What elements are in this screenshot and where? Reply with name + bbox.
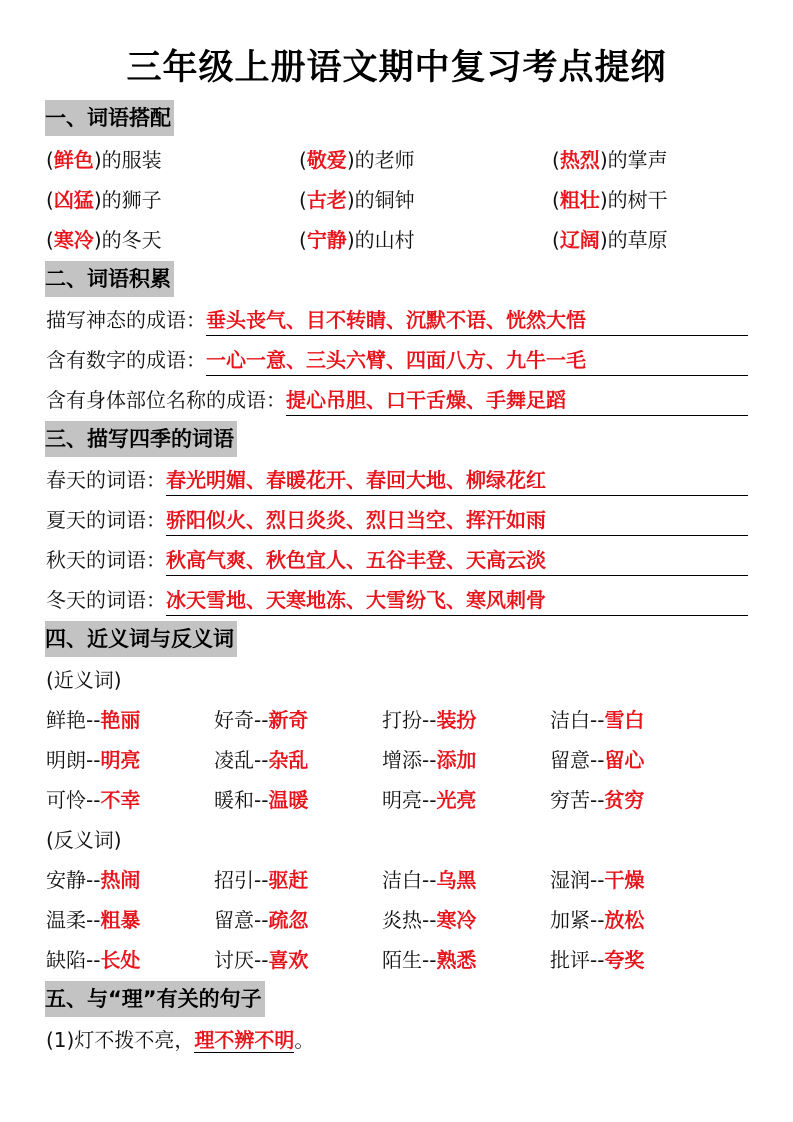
collocation-suffix: 的铜钟 bbox=[355, 188, 415, 212]
dash-separator: -- bbox=[590, 748, 604, 772]
dash-separator: -- bbox=[422, 788, 436, 812]
answer-word: 留心 bbox=[604, 748, 644, 772]
word-pair: 批评--夸奖 bbox=[550, 945, 644, 975]
open-paren: ( bbox=[552, 228, 560, 252]
antonyms-row: 温柔--粗暴留意--疏忽炎热--寒冷加紧--放松 bbox=[46, 905, 746, 935]
fill-in-label: 夏天的词语： bbox=[46, 508, 166, 532]
dash-separator: -- bbox=[422, 868, 436, 892]
word-pair: 洁白--乌黑 bbox=[382, 865, 476, 895]
answer-line: 提心吊胆、口干舌燥、手舞足蹈 bbox=[286, 385, 748, 416]
answer-line: 骄阳似火、烈日炎炎、烈日当空、挥汗如雨 bbox=[166, 505, 748, 536]
dash-separator: -- bbox=[86, 748, 100, 772]
collocation-suffix: 的狮子 bbox=[102, 188, 162, 212]
answer-word: 疏忽 bbox=[268, 908, 308, 932]
collocation-suffix: 的冬天 bbox=[102, 228, 162, 252]
answer-word: 乌黑 bbox=[436, 868, 476, 892]
source-word: 打扮 bbox=[382, 708, 422, 732]
collocation-suffix: 的掌声 bbox=[608, 148, 668, 172]
open-paren: ( bbox=[552, 148, 560, 172]
word-pair: 陌生--熟悉 bbox=[382, 945, 476, 975]
dash-separator: -- bbox=[254, 948, 268, 972]
source-word: 安静 bbox=[46, 868, 86, 892]
source-word: 暖和 bbox=[214, 788, 254, 812]
answer-word: 温暖 bbox=[268, 788, 308, 812]
dash-separator: -- bbox=[590, 908, 604, 932]
answer-word: 喜欢 bbox=[268, 948, 308, 972]
word-pair: 缺陷--长处 bbox=[46, 945, 140, 975]
collocation-item: (凶猛)的狮子 bbox=[46, 185, 162, 215]
source-word: 洁白 bbox=[550, 708, 590, 732]
word-pair: 招引--驱赶 bbox=[214, 865, 308, 895]
collocation-suffix: 的草原 bbox=[608, 228, 668, 252]
answer-word: 寒冷 bbox=[436, 908, 476, 932]
close-paren: ) bbox=[600, 188, 608, 212]
dash-separator: -- bbox=[590, 948, 604, 972]
word-pair: 打扮--装扮 bbox=[382, 705, 476, 735]
word-pair: 留意--留心 bbox=[550, 745, 644, 775]
open-paren: ( bbox=[552, 188, 560, 212]
dash-separator: -- bbox=[86, 908, 100, 932]
answer-word: 凶猛 bbox=[54, 188, 94, 212]
answer-word: 热烈 bbox=[560, 148, 600, 172]
answer-word: 装扮 bbox=[436, 708, 476, 732]
collocation-item: (宁静)的山村 bbox=[299, 225, 415, 255]
source-word: 凌乱 bbox=[214, 748, 254, 772]
answer-text: 理不辨不明 bbox=[194, 1028, 294, 1053]
fill-in-row: 春天的词语：春光明媚、春暖花开、春回大地、柳绿花红 bbox=[46, 465, 748, 495]
synonyms-row: 可怜--不幸暖和--温暖明亮--光亮穷苦--贫穷 bbox=[46, 785, 746, 815]
answer-word: 辽阔 bbox=[560, 228, 600, 252]
answer-word: 不幸 bbox=[100, 788, 140, 812]
answer-word: 寒冷 bbox=[54, 228, 94, 252]
word-pair: 穷苦--贫穷 bbox=[550, 785, 644, 815]
dash-separator: -- bbox=[422, 908, 436, 932]
answer-text: 秋高气爽、秋色宜人、五谷丰登、天高云淡 bbox=[166, 545, 546, 575]
source-word: 炎热 bbox=[382, 908, 422, 932]
dash-separator: -- bbox=[86, 868, 100, 892]
collocation-item: (热烈)的掌声 bbox=[552, 145, 668, 175]
source-word: 增添 bbox=[382, 748, 422, 772]
word-pair: 炎热--寒冷 bbox=[382, 905, 476, 935]
dash-separator: -- bbox=[590, 788, 604, 812]
collocation-row: (凶猛)的狮子(古老)的铜钟(粗壮)的树干 bbox=[46, 185, 746, 215]
answer-text: 冰天雪地、天寒地冻、大雪纷飞、寒风刺骨 bbox=[166, 585, 546, 615]
collocation-item: (敬爱)的老师 bbox=[299, 145, 415, 175]
dash-separator: -- bbox=[86, 948, 100, 972]
sentence-suffix: 。 bbox=[294, 1028, 314, 1052]
close-paren: ) bbox=[347, 148, 355, 172]
fill-in-label: 描写神态的成语： bbox=[46, 308, 206, 332]
answer-text: 骄阳似火、烈日炎炎、烈日当空、挥汗如雨 bbox=[166, 505, 546, 535]
word-pair: 加紧--放松 bbox=[550, 905, 644, 935]
page-title: 三年级上册语文期中复习考点提纲 bbox=[0, 40, 793, 90]
fill-in-row: 含有数字的成语：一心一意、三头六臂、四面八方、九牛一毛 bbox=[46, 345, 748, 375]
answer-text: 一心一意、三头六臂、四面八方、九牛一毛 bbox=[206, 345, 586, 375]
fill-in-row: 冬天的词语：冰天雪地、天寒地冻、大雪纷飞、寒风刺骨 bbox=[46, 585, 748, 615]
dash-separator: -- bbox=[590, 868, 604, 892]
source-word: 缺陷 bbox=[46, 948, 86, 972]
answer-word: 艳丽 bbox=[100, 708, 140, 732]
answer-word: 光亮 bbox=[436, 788, 476, 812]
answer-line: 一心一意、三头六臂、四面八方、九牛一毛 bbox=[206, 345, 748, 376]
fill-in-label: 秋天的词语： bbox=[46, 548, 166, 572]
source-word: 明亮 bbox=[382, 788, 422, 812]
source-word: 温柔 bbox=[46, 908, 86, 932]
word-pair: 湿润--干燥 bbox=[550, 865, 644, 895]
dash-separator: -- bbox=[254, 708, 268, 732]
open-paren: ( bbox=[299, 148, 307, 172]
answer-line: 垂头丧气、目不转睛、沉默不语、恍然大悟 bbox=[206, 305, 748, 336]
word-pair: 洁白--雪白 bbox=[550, 705, 644, 735]
sentence-prefix: (1)灯不拨不亮， bbox=[46, 1028, 194, 1052]
fill-in-label: 含有数字的成语： bbox=[46, 348, 206, 372]
source-word: 招引 bbox=[214, 868, 254, 892]
section-heading-synonyms-antonyms: 四、近义词与反义词 bbox=[45, 621, 237, 657]
source-word: 鲜艳 bbox=[46, 708, 86, 732]
answer-word: 杂乱 bbox=[268, 748, 308, 772]
close-paren: ) bbox=[600, 148, 608, 172]
section-heading-vocabulary: 二、词语积累 bbox=[45, 261, 174, 297]
dash-separator: -- bbox=[254, 908, 268, 932]
answer-word: 热闹 bbox=[100, 868, 140, 892]
answer-word: 古老 bbox=[307, 188, 347, 212]
word-pair: 凌乱--杂乱 bbox=[214, 745, 308, 775]
answer-word: 干燥 bbox=[604, 868, 644, 892]
answer-text: 垂头丧气、目不转睛、沉默不语、恍然大悟 bbox=[206, 305, 586, 335]
answer-word: 鲜色 bbox=[54, 148, 94, 172]
fill-in-label: 冬天的词语： bbox=[46, 588, 166, 612]
collocation-item: (古老)的铜钟 bbox=[299, 185, 415, 215]
source-word: 讨厌 bbox=[214, 948, 254, 972]
section-heading-seasons: 三、描写四季的词语 bbox=[45, 421, 237, 457]
answer-word: 敬爱 bbox=[307, 148, 347, 172]
dash-separator: -- bbox=[590, 708, 604, 732]
dash-separator: -- bbox=[86, 708, 100, 732]
source-word: 陌生 bbox=[382, 948, 422, 972]
answer-word: 驱赶 bbox=[268, 868, 308, 892]
source-word: 好奇 bbox=[214, 708, 254, 732]
section-heading-li-sentences: 五、与“理”有关的句子 bbox=[45, 981, 265, 1017]
answer-word: 雪白 bbox=[604, 708, 644, 732]
antonyms-row: 缺陷--长处讨厌--喜欢陌生--熟悉批评--夸奖 bbox=[46, 945, 746, 975]
fill-in-row: 描写神态的成语：垂头丧气、目不转睛、沉默不语、恍然大悟 bbox=[46, 305, 748, 335]
source-word: 洁白 bbox=[382, 868, 422, 892]
answer-text: 提心吊胆、口干舌燥、手舞足蹈 bbox=[286, 385, 566, 415]
answer-word: 长处 bbox=[100, 948, 140, 972]
dash-separator: -- bbox=[422, 948, 436, 972]
answer-word: 夸奖 bbox=[604, 948, 644, 972]
word-pair: 明亮--光亮 bbox=[382, 785, 476, 815]
dash-separator: -- bbox=[422, 708, 436, 732]
answer-line: 秋高气爽、秋色宜人、五谷丰登、天高云淡 bbox=[166, 545, 748, 576]
antonyms-label: (反义词) bbox=[46, 825, 122, 855]
fill-in-row: 夏天的词语：骄阳似火、烈日炎炎、烈日当空、挥汗如雨 bbox=[46, 505, 748, 535]
answer-line: 春光明媚、春暖花开、春回大地、柳绿花红 bbox=[166, 465, 748, 496]
fill-in-row: 秋天的词语：秋高气爽、秋色宜人、五谷丰登、天高云淡 bbox=[46, 545, 748, 575]
word-pair: 留意--疏忽 bbox=[214, 905, 308, 935]
fill-in-row: 含有身体部位名称的成语：提心吊胆、口干舌燥、手舞足蹈 bbox=[46, 385, 748, 415]
word-pair: 温柔--粗暴 bbox=[46, 905, 140, 935]
collocation-suffix: 的老师 bbox=[355, 148, 415, 172]
collocation-item: (寒冷)的冬天 bbox=[46, 225, 162, 255]
word-pair: 暖和--温暖 bbox=[214, 785, 308, 815]
synonyms-label: (近义词) bbox=[46, 665, 122, 695]
dash-separator: -- bbox=[254, 748, 268, 772]
word-pair: 好奇--新奇 bbox=[214, 705, 308, 735]
dash-separator: -- bbox=[254, 788, 268, 812]
answer-text: 春光明媚、春暖花开、春回大地、柳绿花红 bbox=[166, 465, 546, 495]
close-paren: ) bbox=[600, 228, 608, 252]
word-pair: 讨厌--喜欢 bbox=[214, 945, 308, 975]
source-word: 穷苦 bbox=[550, 788, 590, 812]
collocation-item: (鲜色)的服装 bbox=[46, 145, 162, 175]
word-pair: 安静--热闹 bbox=[46, 865, 140, 895]
collocation-row: (鲜色)的服装(敬爱)的老师(热烈)的掌声 bbox=[46, 145, 746, 175]
dash-separator: -- bbox=[254, 868, 268, 892]
fill-in-label: 春天的词语： bbox=[46, 468, 166, 492]
source-word: 湿润 bbox=[550, 868, 590, 892]
close-paren: ) bbox=[94, 188, 102, 212]
sentence-row: (1)灯不拨不亮，理不辨不明。 bbox=[46, 1025, 314, 1055]
source-word: 明朗 bbox=[46, 748, 86, 772]
source-word: 留意 bbox=[214, 908, 254, 932]
close-paren: ) bbox=[94, 148, 102, 172]
open-paren: ( bbox=[299, 228, 307, 252]
answer-word: 粗壮 bbox=[560, 188, 600, 212]
close-paren: ) bbox=[347, 228, 355, 252]
answer-word: 明亮 bbox=[100, 748, 140, 772]
fill-in-label: 含有身体部位名称的成语： bbox=[46, 388, 286, 412]
answer-word: 粗暴 bbox=[100, 908, 140, 932]
collocation-item: (辽阔)的草原 bbox=[552, 225, 668, 255]
open-paren: ( bbox=[46, 148, 54, 172]
word-pair: 明朗--明亮 bbox=[46, 745, 140, 775]
open-paren: ( bbox=[46, 188, 54, 212]
answer-word: 熟悉 bbox=[436, 948, 476, 972]
close-paren: ) bbox=[347, 188, 355, 212]
synonyms-row: 明朗--明亮凌乱--杂乱增添--添加留意--留心 bbox=[46, 745, 746, 775]
close-paren: ) bbox=[94, 228, 102, 252]
synonyms-row: 鲜艳--艳丽好奇--新奇打扮--装扮洁白--雪白 bbox=[46, 705, 746, 735]
collocation-item: (粗壮)的树干 bbox=[552, 185, 668, 215]
dash-separator: -- bbox=[86, 788, 100, 812]
source-word: 留意 bbox=[550, 748, 590, 772]
source-word: 可怜 bbox=[46, 788, 86, 812]
open-paren: ( bbox=[299, 188, 307, 212]
answer-word: 宁静 bbox=[307, 228, 347, 252]
antonyms-row: 安静--热闹招引--驱赶洁白--乌黑湿润--干燥 bbox=[46, 865, 746, 895]
collocation-row: (寒冷)的冬天(宁静)的山村(辽阔)的草原 bbox=[46, 225, 746, 255]
answer-word: 放松 bbox=[604, 908, 644, 932]
collocation-suffix: 的树干 bbox=[608, 188, 668, 212]
dash-separator: -- bbox=[422, 748, 436, 772]
word-pair: 可怜--不幸 bbox=[46, 785, 140, 815]
open-paren: ( bbox=[46, 228, 54, 252]
section-heading-collocation: 一、词语搭配 bbox=[45, 100, 174, 136]
word-pair: 鲜艳--艳丽 bbox=[46, 705, 140, 735]
answer-word: 贫穷 bbox=[604, 788, 644, 812]
source-word: 加紧 bbox=[550, 908, 590, 932]
answer-word: 新奇 bbox=[268, 708, 308, 732]
answer-word: 添加 bbox=[436, 748, 476, 772]
collocation-suffix: 的山村 bbox=[355, 228, 415, 252]
answer-line: 冰天雪地、天寒地冻、大雪纷飞、寒风刺骨 bbox=[166, 585, 748, 616]
word-pair: 增添--添加 bbox=[382, 745, 476, 775]
source-word: 批评 bbox=[550, 948, 590, 972]
collocation-suffix: 的服装 bbox=[102, 148, 162, 172]
